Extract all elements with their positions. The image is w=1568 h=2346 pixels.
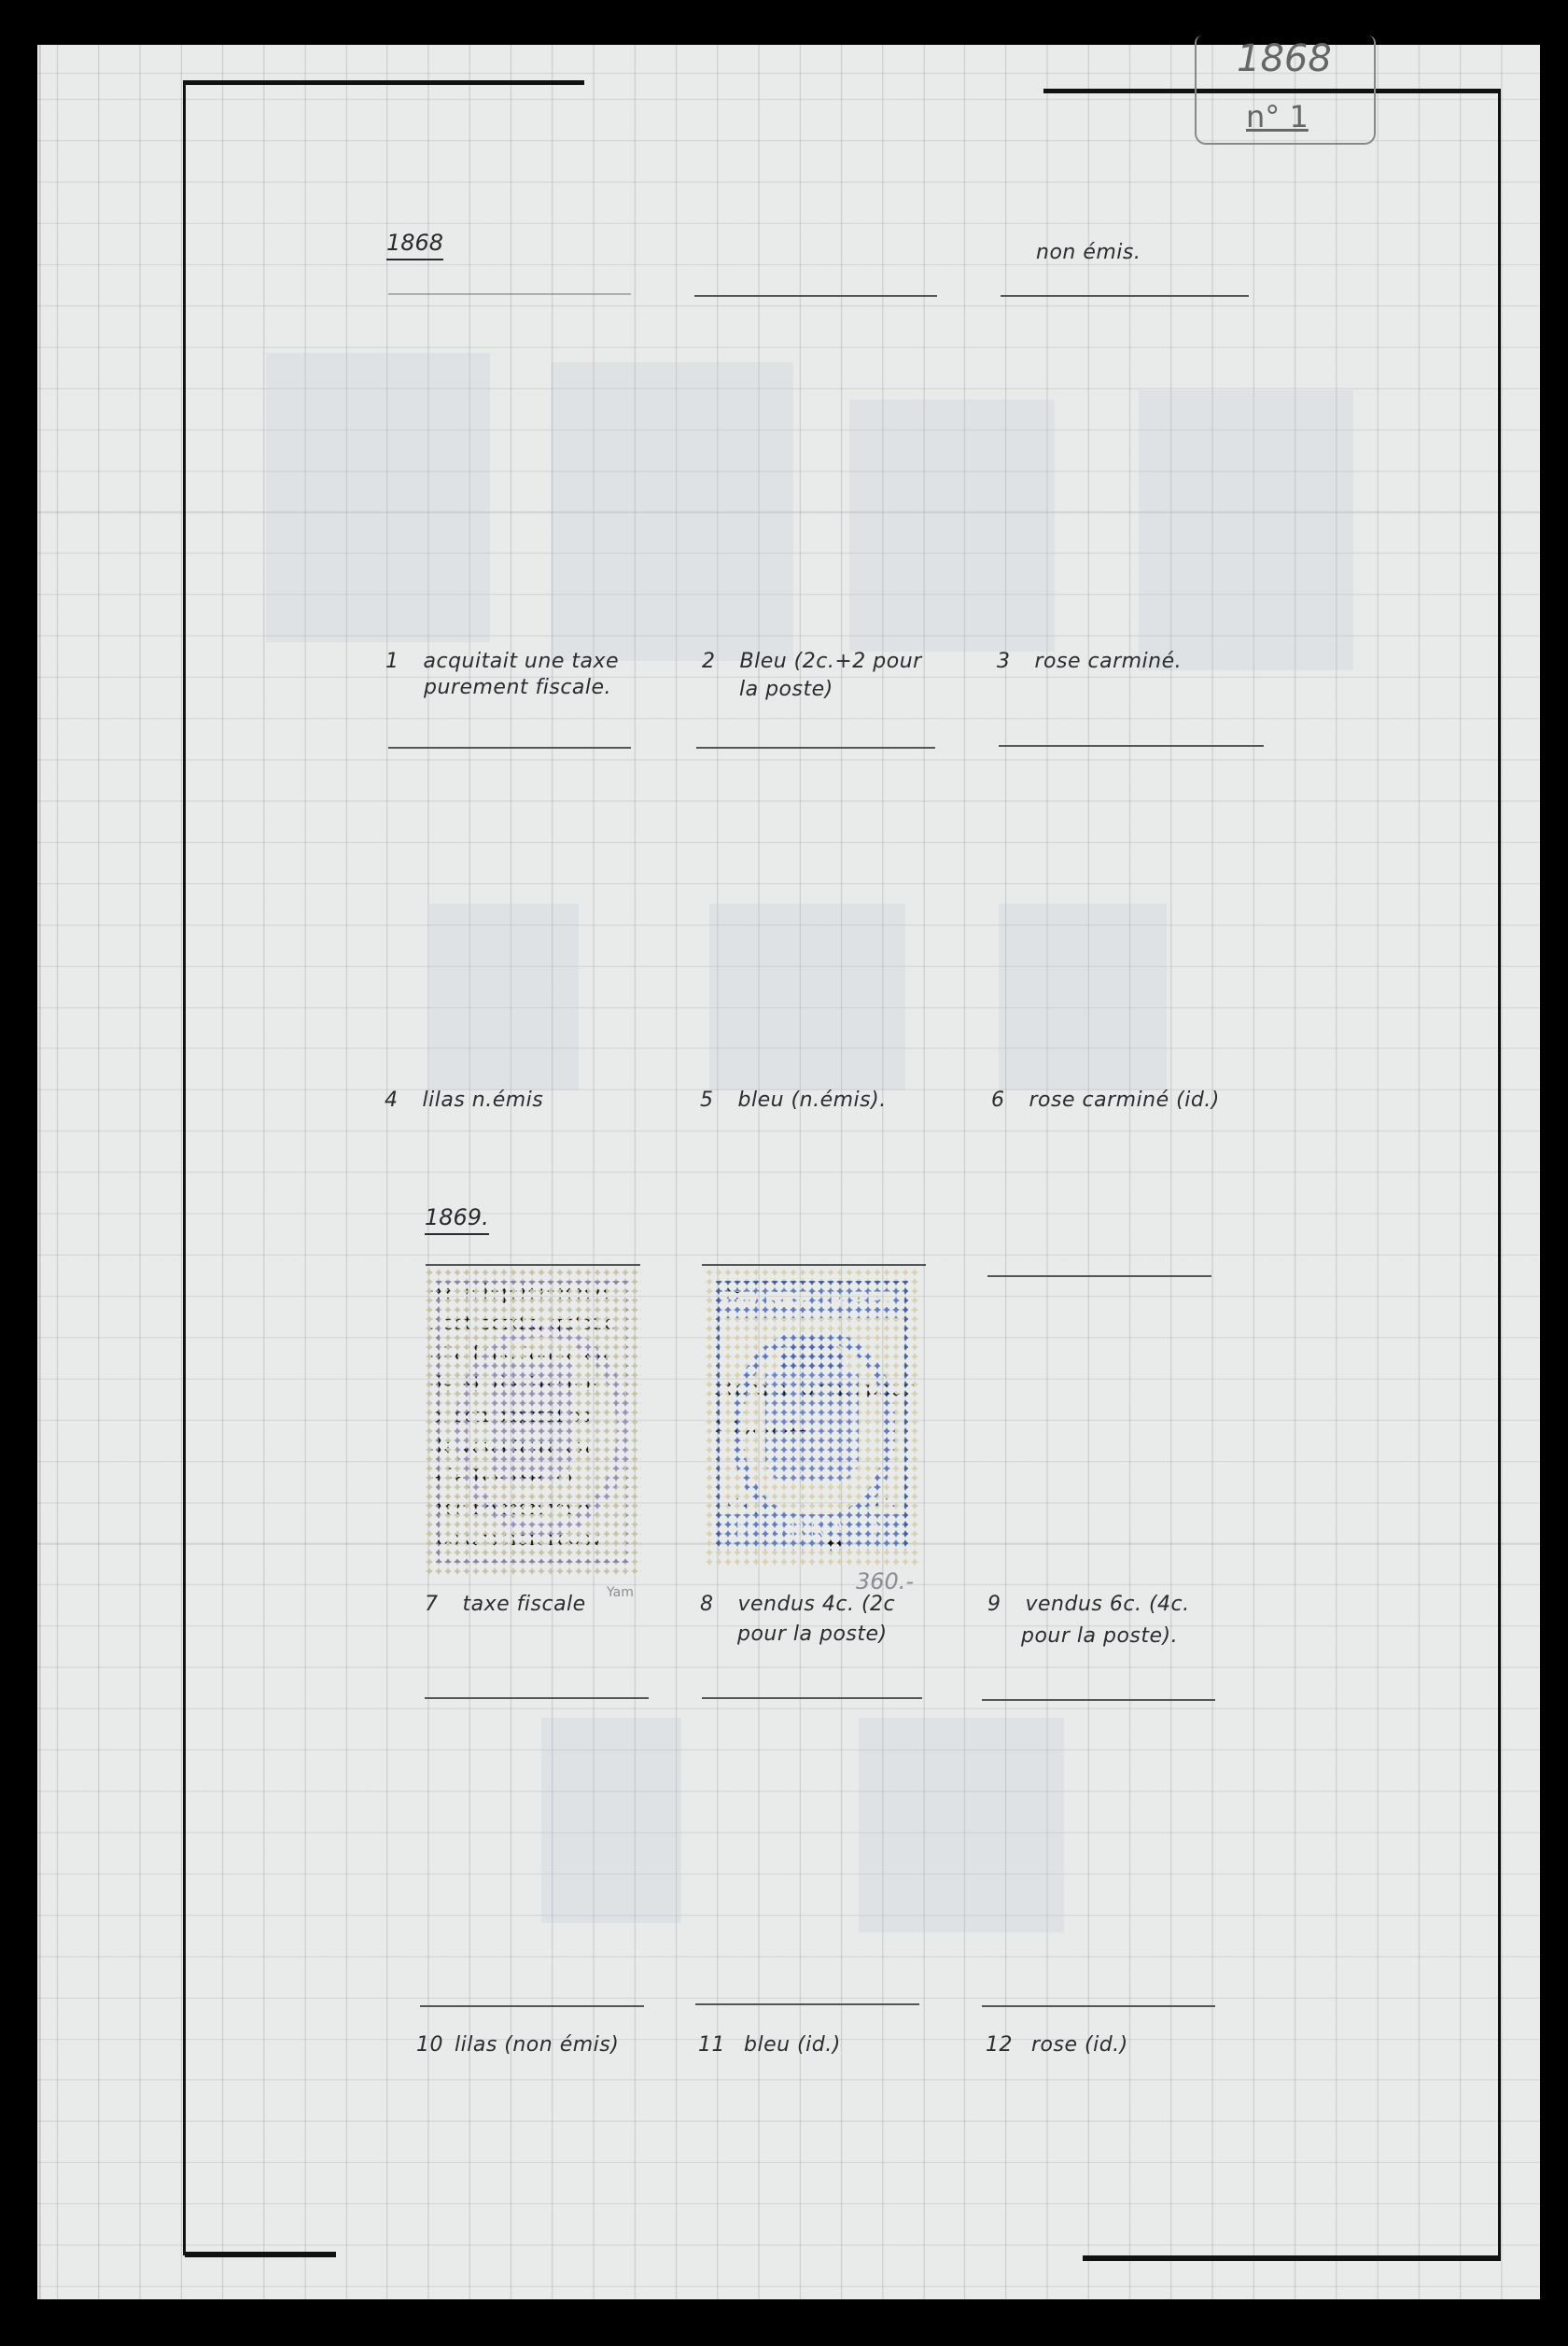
slot-rule	[425, 1697, 649, 1699]
pencil-price-360: 360.-	[856, 1568, 914, 1594]
slot-rule	[420, 2005, 644, 2007]
empty-slot	[1139, 390, 1353, 670]
slot-rule	[696, 747, 935, 749]
frame-top-left	[183, 80, 584, 85]
stamp-label-4: 4lilas n.émis	[385, 1089, 543, 1112]
slot-rule	[702, 1264, 926, 1266]
stamp-7-lilac: ez la liquidation d l est perdu, qu'elle…	[425, 1268, 641, 1576]
empty-slot	[709, 904, 905, 1090]
slot-rule	[694, 295, 937, 297]
newspaper-overprint: ez la liquidation d l est perdu, qu'elle…	[430, 1277, 641, 1554]
slot-rule	[982, 2005, 1215, 2007]
stamp-label-1: 1acquitait une taxe	[385, 650, 619, 673]
overprint-line: atera à forfait pour	[714, 1378, 914, 1401]
empty-slot	[849, 400, 1055, 652]
stamp-label-2: 2Bleu (2c.+2 pour	[702, 650, 922, 673]
stamp-label-9-line2: pour la poste).	[1021, 1624, 1178, 1648]
empty-slot	[551, 362, 793, 661]
stamp-bottom-label: JOURNAUX	[720, 1514, 904, 1546]
corner-note-number: n° 1	[1246, 99, 1309, 134]
frame-left	[183, 80, 186, 2255]
stamp-label-9: 9vendus 6c. (4c.	[987, 1593, 1190, 1616]
overprint-line: ce	[720, 1281, 743, 1304]
frame-bottom-right	[1083, 2255, 1501, 2261]
frame-right	[1498, 89, 1501, 2259]
stamp-label-5: 5bleu (n.émis).	[700, 1089, 887, 1112]
section-year-1869: 1869.	[425, 1204, 489, 1235]
section-subtitle: non émis.	[1036, 241, 1141, 264]
empty-slot	[266, 353, 490, 642]
slot-rule	[1001, 295, 1249, 297]
punch-hole-icon	[828, 1538, 841, 1552]
stamp-label-11: 11bleu (id.)	[698, 2033, 841, 2057]
empty-slot	[859, 1718, 1064, 1932]
stamp-label-2-line2: la poste)	[739, 678, 833, 701]
slot-rule	[426, 1264, 640, 1266]
empty-slot	[429, 904, 579, 1090]
section-year-1868: 1868	[386, 230, 443, 260]
slot-rule	[702, 1697, 922, 1699]
stamp-top-label: TIMBRE IMPERIAL	[720, 1285, 904, 1318]
corner-note-year: 1868	[1237, 37, 1332, 80]
stamp-label-6: 6rose carminé (id.)	[991, 1089, 1220, 1112]
stamp-8-blue: TIMBRE IMPERIAL 2c c2 JOURNAUX ce atera …	[705, 1268, 921, 1566]
stamp-label-7: 7taxe fiscale	[425, 1593, 586, 1616]
empty-slot	[541, 1718, 681, 1923]
stamp-label-10: 10lilas (non émis)	[416, 2033, 619, 2057]
slot-rule	[982, 1699, 1215, 1701]
pencil-note-yam: Yam	[607, 1585, 634, 1600]
stamp-label-8-line2: pour la poste)	[737, 1623, 888, 1646]
empty-slot	[999, 904, 1167, 1090]
stamp-label-1-line2: purement fiscale.	[424, 676, 611, 699]
stamp-label-3: 3rose carminé.	[997, 650, 1182, 673]
frame-bottom-left	[185, 2252, 336, 2257]
stamp-label-12: 12rose (id.)	[986, 2033, 1128, 2057]
slot-rule	[388, 293, 631, 295]
slot-rule	[695, 2003, 919, 2005]
album-page: 1868 n° 1 1868 non émis. 1acquitait une …	[37, 45, 1540, 2299]
slot-rule	[388, 747, 631, 749]
stamp-label-8: 8vendus 4c. (2c	[700, 1593, 895, 1616]
slot-rule	[999, 745, 1264, 747]
slot-rule	[987, 1275, 1211, 1277]
overprint-line: à l'année.	[714, 1419, 815, 1442]
